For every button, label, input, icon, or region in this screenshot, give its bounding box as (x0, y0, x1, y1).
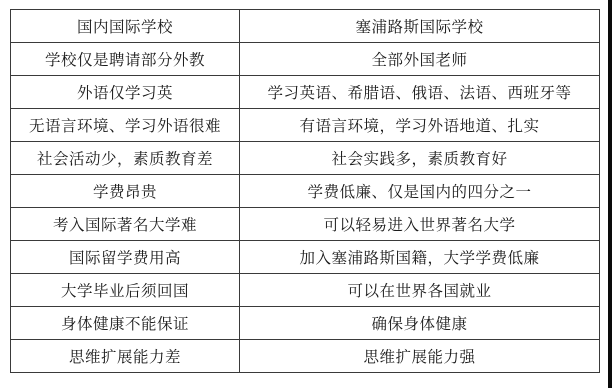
table-row: 考入国际著名大学难 可以轻易进入世界著名大学 (11, 208, 600, 241)
cell-cyprus: 学习英语、希腊语、俄语、法语、西班牙等 (240, 76, 600, 109)
edge-strip (608, 0, 612, 388)
header-row: 国内国际学校 塞浦路斯国际学校 (11, 10, 600, 43)
table-row: 无语言环境、学习外语很难 有语言环境，学习外语地道、扎实 (11, 109, 600, 142)
table-row: 国际留学费用高 加入塞浦路斯国籍，大学学费低廉 (11, 241, 600, 274)
cell-cyprus: 可以在世界各国就业 (240, 274, 600, 307)
cell-domestic: 学费昂贵 (11, 175, 240, 208)
cell-cyprus: 有语言环境，学习外语地道、扎实 (240, 109, 600, 142)
table-row: 外语仅学习英 学习英语、希腊语、俄语、法语、西班牙等 (11, 76, 600, 109)
cell-domestic: 身体健康不能保证 (11, 307, 240, 340)
comparison-table: 国内国际学校 塞浦路斯国际学校 学校仅是聘请部分外教 全部外国老师 外语仅学习英… (10, 9, 600, 373)
cell-domestic: 大学毕业后须回国 (11, 274, 240, 307)
table-row: 思维扩展能力差 思维扩展能力强 (11, 340, 600, 373)
cell-domestic: 外语仅学习英 (11, 76, 240, 109)
cell-domestic: 思维扩展能力差 (11, 340, 240, 373)
cell-cyprus: 思维扩展能力强 (240, 340, 600, 373)
cell-cyprus: 全部外国老师 (240, 43, 600, 76)
cell-domestic: 学校仅是聘请部分外教 (11, 43, 240, 76)
cell-cyprus: 可以轻易进入世界著名大学 (240, 208, 600, 241)
cell-cyprus: 学费低廉、仅是国内的四分之一 (240, 175, 600, 208)
table-row: 大学毕业后须回国 可以在世界各国就业 (11, 274, 600, 307)
cell-domestic: 国际留学费用高 (11, 241, 240, 274)
header-cyprus-school: 塞浦路斯国际学校 (240, 10, 600, 43)
cell-cyprus: 确保身体健康 (240, 307, 600, 340)
cell-domestic: 无语言环境、学习外语很难 (11, 109, 240, 142)
table-row: 身体健康不能保证 确保身体健康 (11, 307, 600, 340)
header-domestic-school: 国内国际学校 (11, 10, 240, 43)
cell-cyprus: 社会实践多，素质教育好 (240, 142, 600, 175)
table-row: 学费昂贵 学费低廉、仅是国内的四分之一 (11, 175, 600, 208)
table-row: 社会活动少，素质教育差 社会实践多，素质教育好 (11, 142, 600, 175)
cell-cyprus: 加入塞浦路斯国籍，大学学费低廉 (240, 241, 600, 274)
cell-domestic: 社会活动少，素质教育差 (11, 142, 240, 175)
table-row: 学校仅是聘请部分外教 全部外国老师 (11, 43, 600, 76)
cell-domestic: 考入国际著名大学难 (11, 208, 240, 241)
